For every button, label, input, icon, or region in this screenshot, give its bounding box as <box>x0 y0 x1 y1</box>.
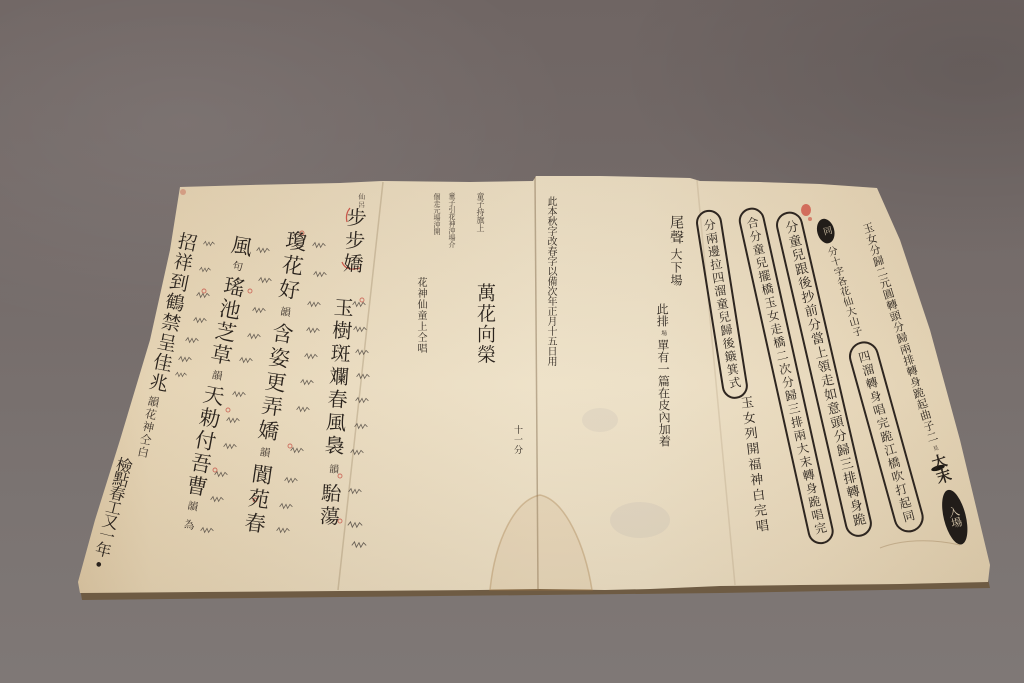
coda-column: 尾聲大下場 <box>669 215 683 287</box>
remark-text: 此排 <box>655 303 669 327</box>
faint-smudge <box>610 502 670 538</box>
rhyme-mark: 韻 <box>185 499 199 513</box>
rhyme-mark: 韻 <box>257 446 271 462</box>
phrase-mark: 句 <box>230 260 244 274</box>
verse-text: 駘蕩 <box>316 482 343 529</box>
photo-scene: 仙呂 步步嬌 玉樹斑斕春風裊韻駘蕩 瓊花好韻含姿更弄嬌韻閬苑春 風句瑤池芝草韻天… <box>0 0 1024 683</box>
coda-label: 尾聲 <box>668 215 684 245</box>
staging-remark: 此排場單有一篇在皮內加着 <box>656 303 671 447</box>
red-ink-spot <box>801 204 811 216</box>
rhyme-mark: 韻 <box>326 463 338 477</box>
rhyme-mark: 韻 <box>210 368 224 382</box>
remark-annotation: 場 <box>659 330 666 336</box>
scene-title: 萬花向榮 <box>475 283 494 365</box>
stage-direction-1: 童子持旗上 <box>476 192 484 232</box>
direction-annotation: 見 <box>931 445 938 452</box>
annotation: 為 <box>182 518 196 532</box>
singing-cue: 花神仙童上仝唱 <box>415 277 425 354</box>
remark-text: 單有一篇在皮內加着 <box>656 339 672 447</box>
stage-direction-3: 個走元場沖開 <box>433 193 440 235</box>
red-ink-spot <box>180 189 186 195</box>
red-ink-spot <box>808 217 812 221</box>
verse-text: 風 <box>227 233 255 260</box>
coda-exit: 大下場 <box>669 248 683 287</box>
revision-note: 此本秋字改春字以備次年正月十五日用 <box>545 196 555 366</box>
faint-smudge <box>582 408 618 432</box>
tune-title: 步步嬌 <box>341 206 366 276</box>
folio-number: 十一分 <box>512 425 521 455</box>
stage-direction-2: 童子引花神沖場介 <box>448 192 455 248</box>
rhyme-mark: 韻 <box>278 305 292 321</box>
